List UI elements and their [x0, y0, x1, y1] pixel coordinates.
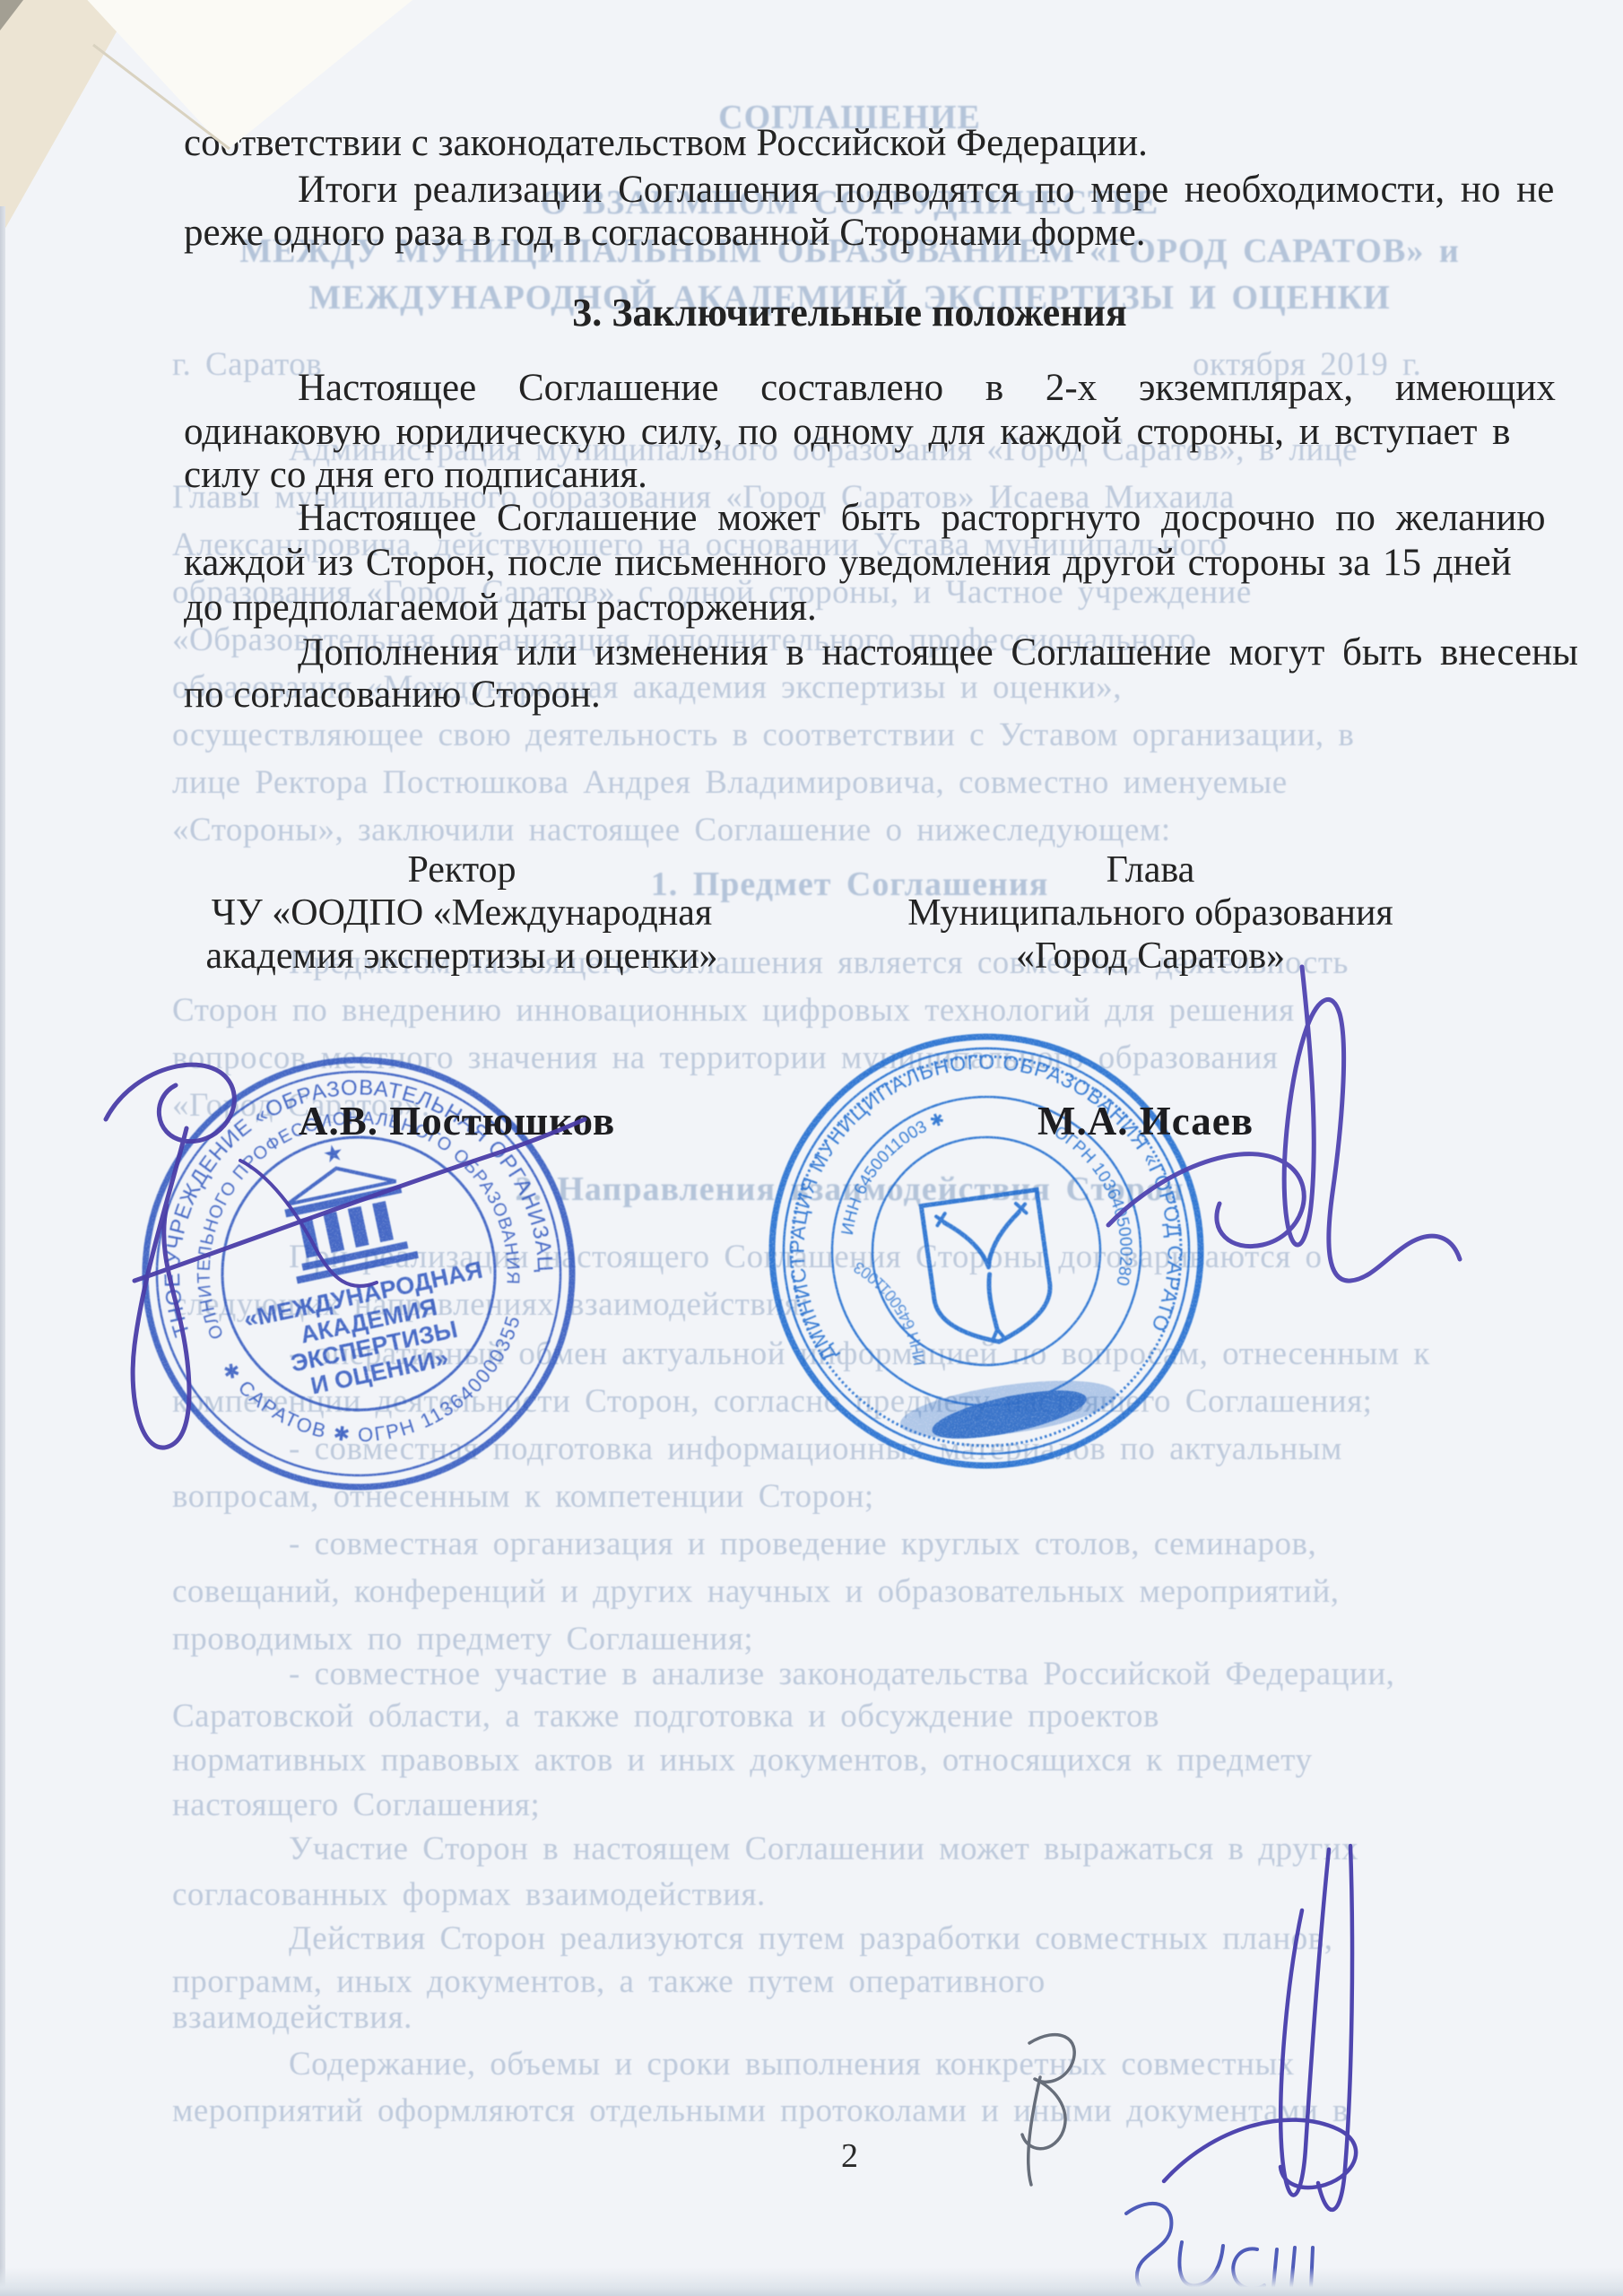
signature-lower-right: [1164, 1846, 1356, 2210]
page-bottom-edge: [0, 2267, 1623, 2296]
pencil-mark: [1022, 2035, 1074, 2185]
signature-isaev: [1108, 967, 1460, 1281]
signatures-layer: [0, 0, 1623, 2296]
page-left-edge: [0, 206, 5, 2296]
signature-postyushkov: [106, 1065, 585, 1448]
scanned-document-page: СОГЛАШЕНИЕ О ВЗАИМНОМ СОТРУДНИЧЕСТВЕ МЕЖ…: [0, 0, 1623, 2296]
